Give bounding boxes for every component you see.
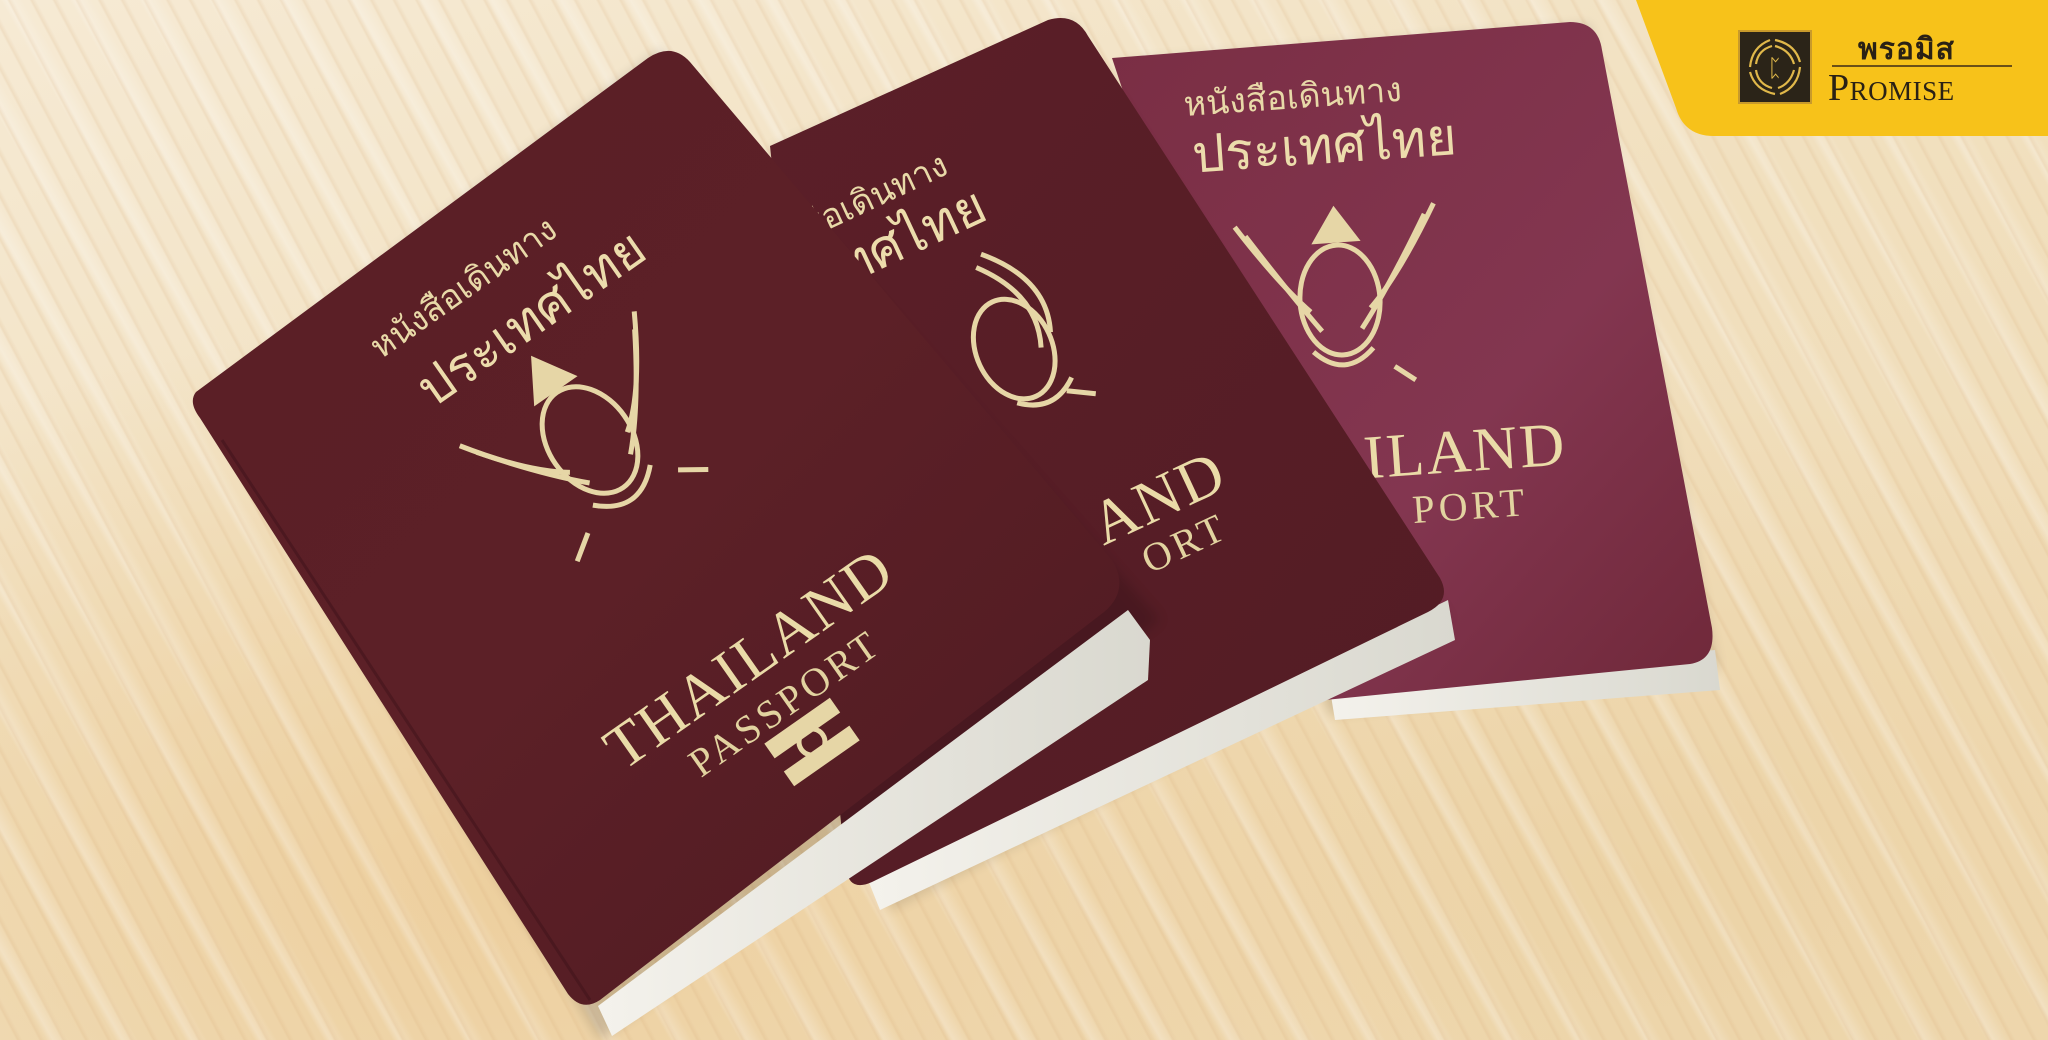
- promise-brand-badge: ᛈ พรอมิส Promise: [1636, 0, 2048, 136]
- photo-scene: หนังสือเดินทาง ประเทศไทย ILAND PORT สือเ…: [0, 0, 2048, 1040]
- promise-swirl-logo-icon: ᛈ: [1738, 30, 1812, 104]
- back-title: ILAND: [1361, 410, 1568, 492]
- svg-text:ᛈ: ᛈ: [1768, 56, 1782, 82]
- passports-illustration: หนังสือเดินทาง ประเทศไทย ILAND PORT สือเ…: [0, 0, 2048, 1040]
- back-subtitle: PORT: [1411, 479, 1530, 532]
- brand-english-name: Promise: [1828, 66, 1955, 110]
